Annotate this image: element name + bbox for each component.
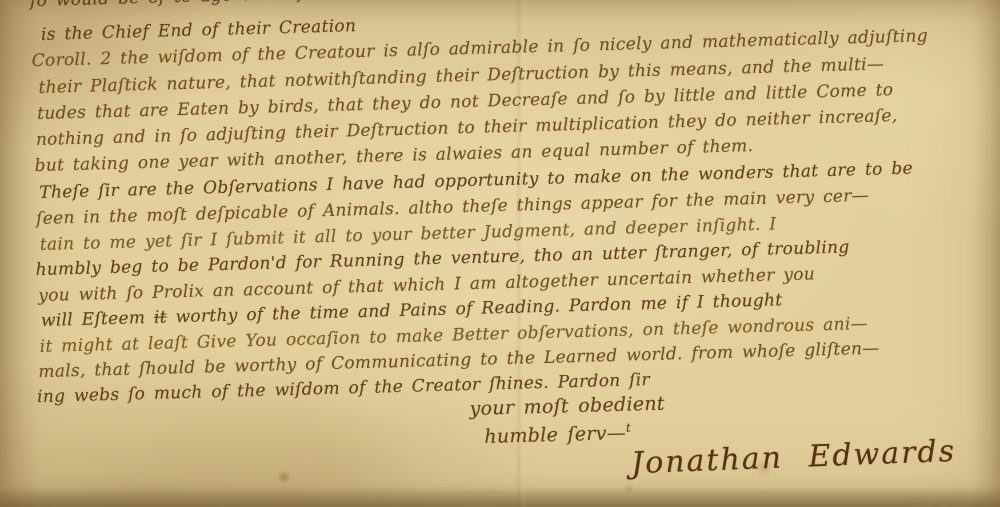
struck-word: it (154, 307, 167, 327)
strike-line-pre: will Eſteem (41, 308, 155, 331)
letter-line: is the Chief End of their Creation (41, 16, 357, 45)
signature: Jonathan Edwards (631, 434, 957, 481)
manuscript-scan: ſo would be of to age o' beaſ is the Chi… (0, 0, 1000, 507)
valediction-superscript: t (626, 421, 632, 435)
valediction-line-2: humble ſerv—t (484, 421, 631, 448)
letter-line-cropped: ſo would be of to age o' beaſ (30, 0, 304, 11)
letter-text: ſo would be of to age o' beaſ is the Chi… (0, 0, 1000, 507)
valediction-line-1: your moſt obedient (469, 393, 665, 420)
valediction-line-2-text: humble ſerv— (484, 422, 626, 448)
